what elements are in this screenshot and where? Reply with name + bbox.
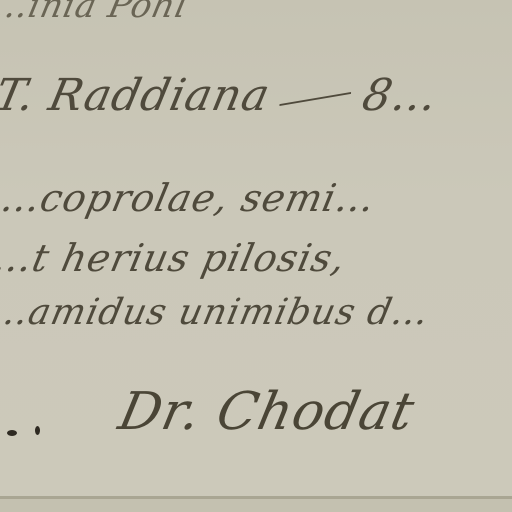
species-name: T. Raddiana [0, 70, 275, 121]
handwritten-line-5: …amidus unimibus d… [0, 292, 433, 333]
signature: Dr. Chodat [114, 382, 420, 442]
handwritten-line-1: …inia Pohl [0, 0, 192, 26]
ink-blot [7, 430, 17, 436]
line-2-trailing: 8… [358, 70, 443, 121]
handwritten-line-3: …coprolae, semi… [0, 176, 380, 220]
handwritten-line-4: …t herius pilosis, [0, 236, 350, 280]
handwritten-line-2: T. Raddiana8… [0, 70, 443, 121]
backing-strip [0, 499, 512, 512]
pen-stroke [280, 91, 352, 105]
ink-blot [35, 426, 40, 435]
